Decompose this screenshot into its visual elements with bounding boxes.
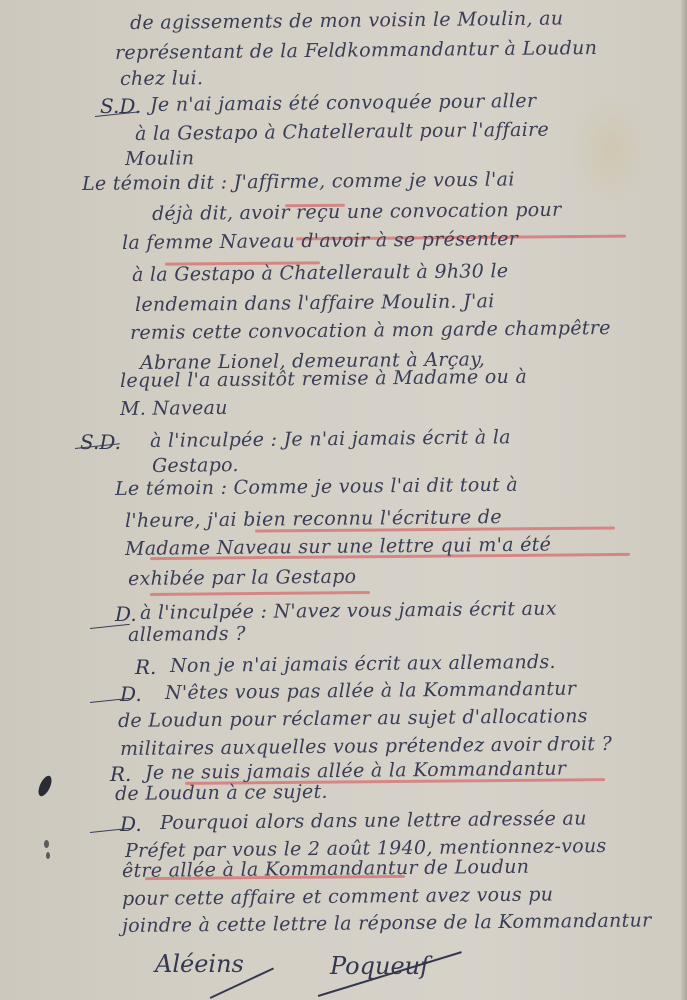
text-line: exhibée par la Gestapo bbox=[128, 566, 357, 590]
page-edge bbox=[681, 0, 687, 1000]
text-line: représentant de la Feldkommandantur à Lo… bbox=[115, 37, 597, 64]
text-line: Non je n'ai jamais écrit aux allemands. bbox=[170, 651, 556, 677]
text-line: militaires auxquelles vous prétendez avo… bbox=[120, 733, 612, 760]
text-line: Le témoin : Comme je vous l'ai dit tout … bbox=[115, 474, 518, 500]
text-line: remis cette convocation à mon garde cham… bbox=[130, 317, 611, 344]
red-underline bbox=[150, 591, 370, 596]
text-line: Je ne suis jamais allée à la Kommandantu… bbox=[145, 758, 566, 784]
text-line: chez lui. bbox=[120, 67, 204, 90]
text-line: N'êtes vous pas allée à la Kommandantur bbox=[165, 678, 576, 704]
text-line: pour cette affaire et comment avez vous … bbox=[122, 883, 554, 910]
text-line: lequel l'a aussitôt remise à Madame ou à bbox=[120, 366, 527, 392]
question-label: D. bbox=[120, 812, 142, 836]
text-line: Gestapo. bbox=[152, 454, 239, 477]
ink-mark bbox=[44, 840, 49, 848]
text-line: Le témoin dit : J'affirme, comme je vous… bbox=[82, 168, 515, 195]
text-line: à la Gestapo à Chatellerault pour l'affa… bbox=[135, 119, 549, 145]
ink-mark bbox=[46, 852, 50, 859]
answer-label: R. bbox=[135, 655, 156, 679]
question-label: S.D. bbox=[80, 430, 121, 454]
text-line: Moulin bbox=[125, 147, 195, 170]
text-line: l'heure, j'ai bien reconnu l'écriture de bbox=[125, 506, 502, 532]
text-line: de Loudun à ce sujet. bbox=[115, 781, 328, 805]
text-line: Pourquoi alors dans une lettre adressée … bbox=[160, 808, 587, 834]
question-label: D. bbox=[115, 602, 137, 626]
text-line: la femme Naveau d'avoir à se présenter bbox=[122, 228, 518, 254]
text-line: M. Naveau bbox=[120, 397, 228, 420]
signature-1: Aléeins bbox=[155, 950, 244, 978]
text-line: joindre à cette lettre la réponse de la … bbox=[122, 909, 652, 937]
margin-stroke bbox=[90, 624, 130, 629]
text-line: déjà dit, avoir reçu une convocation pou… bbox=[152, 199, 562, 225]
text-line: de agissements de mon voisin le Moulin, … bbox=[130, 7, 564, 34]
text-line: à l'inculpée : N'avez vous jamais écrit … bbox=[140, 598, 557, 624]
text-line: être allée à la Kommandantur de Loudun bbox=[122, 856, 530, 882]
question-label: D. bbox=[120, 682, 142, 706]
text-line: à la Gestapo à Chatellerault à 9h30 le bbox=[132, 260, 509, 286]
text-line: allemands ? bbox=[128, 623, 246, 646]
ink-blot bbox=[36, 774, 54, 798]
text-line: à l'inculpée : Je n'ai jamais écrit à la bbox=[150, 426, 511, 452]
document-page: de agissements de mon voisin le Moulin, … bbox=[0, 0, 687, 1000]
text-line: Je n'ai jamais été convoquée pour aller bbox=[150, 90, 537, 116]
text-line: lendemain dans l'affaire Moulin. J'ai bbox=[135, 290, 495, 316]
text-line: de Loudun pour réclamer au sujet d'alloc… bbox=[118, 705, 588, 732]
text-line: Madame Naveau sur une lettre qui m'a été bbox=[125, 534, 551, 560]
